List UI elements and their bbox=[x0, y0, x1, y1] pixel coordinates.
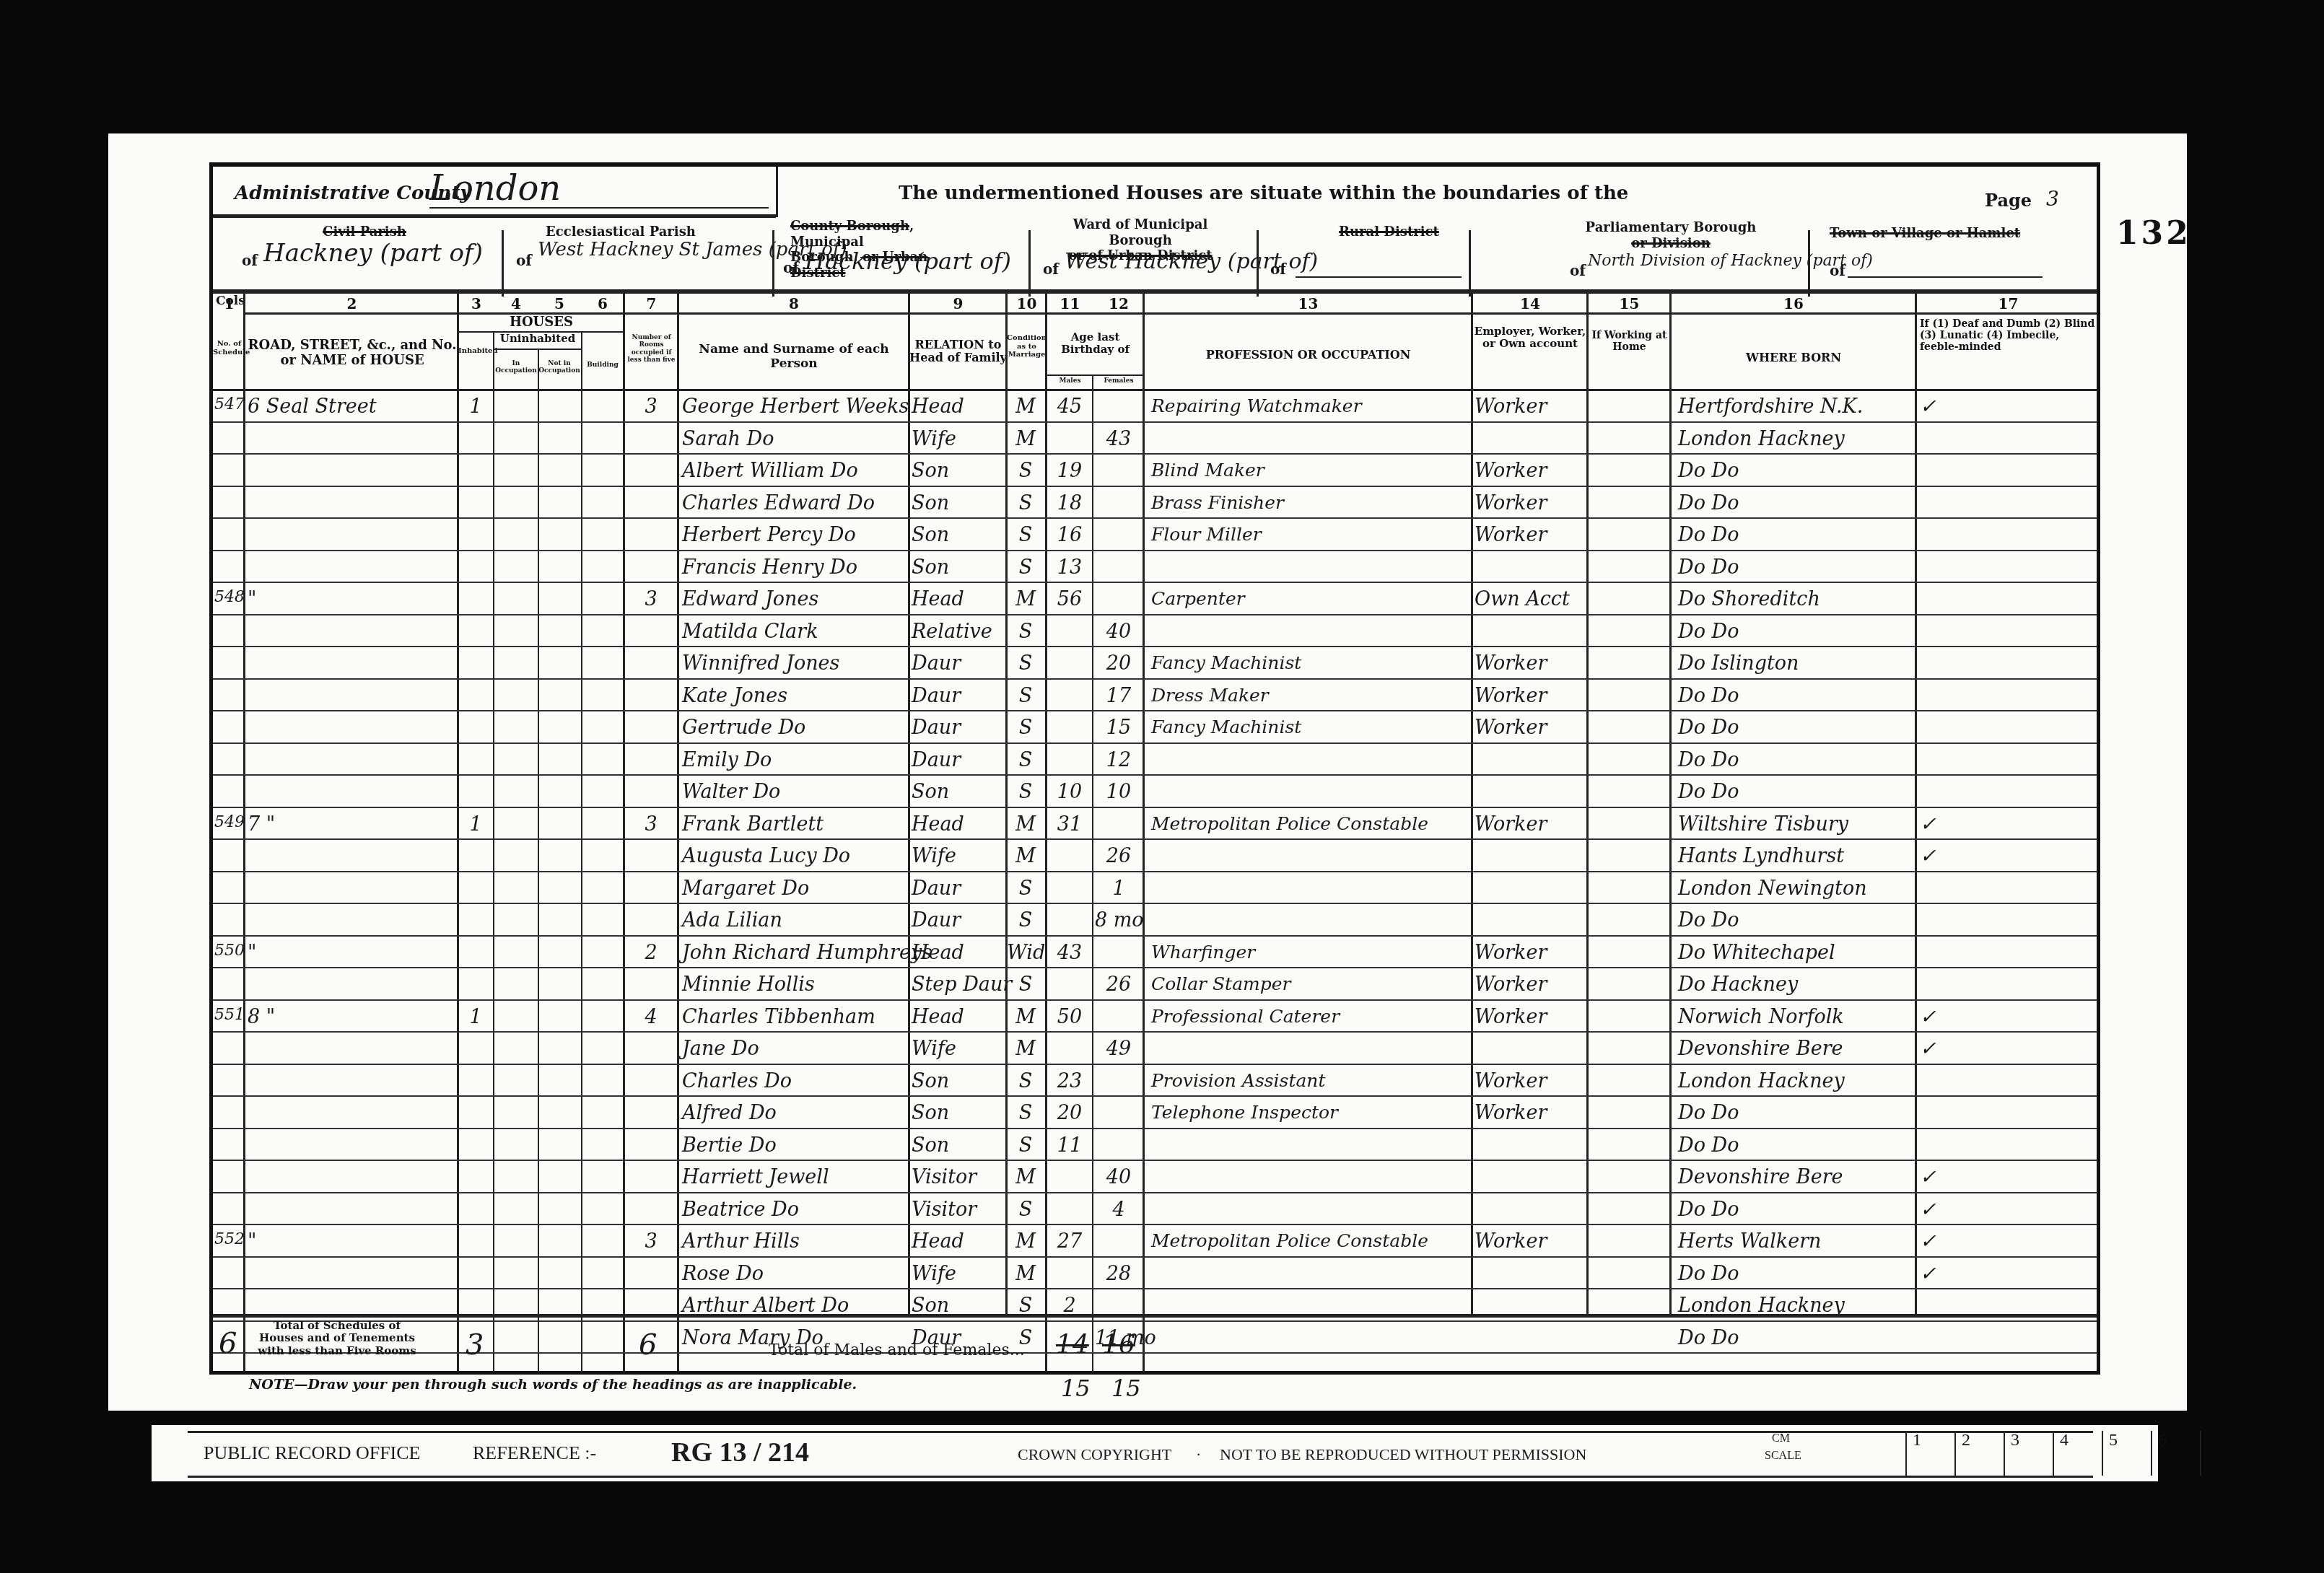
cell-where-born: London Hackney bbox=[1678, 1070, 1913, 1092]
row-rule bbox=[213, 517, 2097, 519]
cell-occupation: Repairing Watchmaker bbox=[1151, 395, 1469, 416]
cell-condition: M bbox=[1007, 1230, 1044, 1253]
cell-condition: M bbox=[1007, 1263, 1044, 1285]
cell-employment: Own Acct bbox=[1475, 588, 1584, 610]
cell-relation: Son bbox=[912, 460, 1004, 482]
cell-employment: Worker bbox=[1475, 524, 1584, 546]
cell-name: Beatrice Do bbox=[682, 1199, 907, 1221]
cell-name: Albert William Do bbox=[682, 460, 907, 482]
cell-condition: S bbox=[1007, 524, 1044, 546]
cell-where-born: Hertfordshire N.K. bbox=[1678, 395, 1913, 418]
cell-name: George Herbert Weeks bbox=[682, 395, 907, 418]
cell-relation: Daur bbox=[912, 685, 1004, 707]
cell-age-females: 10 bbox=[1095, 781, 1143, 803]
ecclesiastical-parish-label: Ecclesiastical Parish bbox=[538, 224, 704, 240]
cell-where-born: Do Whitechapel bbox=[1678, 942, 1913, 964]
cell-occupation: Wharfinger bbox=[1151, 942, 1469, 963]
cell-condition: S bbox=[1007, 652, 1044, 675]
cell-employment: Worker bbox=[1475, 685, 1584, 707]
footer-permission: NOT TO BE REPRODUCED WITHOUT PERMISSION bbox=[1220, 1445, 1586, 1464]
cell-relation: Visitor bbox=[912, 1199, 1004, 1221]
cell-rooms: 3 bbox=[626, 813, 676, 836]
cell-rooms: 3 bbox=[626, 1230, 676, 1253]
row-rule bbox=[213, 582, 2097, 583]
row-rule bbox=[213, 1256, 2097, 1258]
cell-relation: Son bbox=[912, 1102, 1004, 1124]
cell-occupation: Blind Maker bbox=[1151, 460, 1469, 481]
cell-where-born: Do Do bbox=[1678, 524, 1913, 546]
cell-relation: Head bbox=[912, 588, 1004, 610]
cell-name: Augusta Lucy Do bbox=[682, 845, 907, 867]
col-condition-header: Condition as to Marriage bbox=[1007, 334, 1047, 359]
row-rule bbox=[213, 1224, 2097, 1225]
cell-employment: Worker bbox=[1475, 1230, 1584, 1253]
cell-where-born: Herts Walkern bbox=[1678, 1230, 1913, 1253]
cell-condition: S bbox=[1007, 877, 1044, 900]
row-rule bbox=[213, 678, 2097, 680]
cell-age-males: 27 bbox=[1047, 1230, 1092, 1253]
cell-age-females: 26 bbox=[1095, 973, 1143, 996]
census-form: Administrative County London The underme… bbox=[209, 162, 2100, 1375]
cell-name: John Richard Humphreys bbox=[682, 942, 907, 964]
cell-condition: S bbox=[1007, 1134, 1044, 1157]
cell-where-born: Do Do bbox=[1678, 685, 1913, 707]
cell-where-born: Do Do bbox=[1678, 749, 1913, 771]
cell-address: 6 Seal Street bbox=[248, 395, 457, 418]
col-address-header: ROAD, STREET, &c., and No. or NAME of HO… bbox=[248, 338, 457, 368]
row-rule bbox=[213, 1352, 2097, 1354]
cell-name: Ada Lilian bbox=[682, 909, 907, 932]
cell-occupation: Carpenter bbox=[1151, 588, 1469, 609]
note-text: NOTE—Draw your pen through such words of… bbox=[249, 1377, 857, 1393]
cell-schedule: 550 bbox=[214, 942, 245, 960]
cell-age-males: 43 bbox=[1047, 942, 1092, 964]
cell-relation: Visitor bbox=[912, 1166, 1004, 1188]
cell-condition: S bbox=[1007, 909, 1044, 932]
row-rule bbox=[213, 871, 2097, 872]
cell-employment: Worker bbox=[1475, 813, 1584, 836]
row-rule bbox=[213, 838, 2097, 840]
cell-relation: Wife bbox=[912, 1038, 1004, 1060]
row-rule bbox=[213, 421, 2097, 423]
col-relation-header: RELATION to Head of Family bbox=[909, 338, 1007, 365]
header-statement: The undermentioned Houses are situate wi… bbox=[899, 183, 1628, 204]
cell-name: Walter Do bbox=[682, 781, 907, 803]
cell-name: Edward Jones bbox=[682, 588, 907, 610]
col-name-header: Name and Surname of each Person bbox=[689, 343, 899, 371]
cell-inhabited: 1 bbox=[458, 813, 493, 836]
cell-where-born: Do Do bbox=[1678, 717, 1913, 739]
cell-condition: S bbox=[1007, 492, 1044, 514]
cell-schedule: 547 bbox=[214, 395, 245, 413]
total-rooms: 6 bbox=[639, 1328, 657, 1362]
cell-where-born: Hants Lyndhurst bbox=[1678, 845, 1913, 867]
cell-condition: S bbox=[1007, 685, 1044, 707]
cell-condition: Wid bbox=[1007, 942, 1044, 964]
cell-condition: S bbox=[1007, 717, 1044, 739]
cell-age-females: 26 bbox=[1095, 845, 1143, 867]
cell-occupation: Provision Assistant bbox=[1151, 1070, 1469, 1091]
cell-employment: Worker bbox=[1475, 942, 1584, 964]
cell-age-males: 19 bbox=[1047, 460, 1092, 482]
cell-condition: M bbox=[1007, 428, 1044, 450]
cell-schedule: 552 bbox=[214, 1230, 245, 1248]
cell-condition: M bbox=[1007, 813, 1044, 836]
cell-name: Charles Do bbox=[682, 1070, 907, 1092]
col-employment-header: Employer, Worker, or Own account bbox=[1472, 325, 1588, 351]
cell-where-born: London Hackney bbox=[1678, 428, 1913, 450]
cell-where-born: Do Do bbox=[1678, 781, 1913, 803]
cell-where-born: Do Do bbox=[1678, 556, 1913, 579]
row-rule bbox=[213, 486, 2097, 487]
cell-occupation: Dress Maker bbox=[1151, 685, 1469, 706]
footer-office: PUBLIC RECORD OFFICE bbox=[204, 1442, 421, 1464]
cell-relation: Son bbox=[912, 1134, 1004, 1157]
cell-name: Gertrude Do bbox=[682, 717, 907, 739]
page-label: Page bbox=[1985, 190, 2032, 211]
row-rule bbox=[213, 903, 2097, 904]
cell-rooms: 3 bbox=[626, 588, 676, 610]
cell-condition: S bbox=[1007, 1102, 1044, 1124]
cell-age-males: 23 bbox=[1047, 1070, 1092, 1092]
cell-relation: Relative bbox=[912, 621, 1004, 643]
cell-where-born: Wiltshire Tisbury bbox=[1678, 813, 1913, 836]
cell-age-males: 18 bbox=[1047, 492, 1092, 514]
cell-name: Charles Edward Do bbox=[682, 492, 907, 514]
cell-relation: Daur bbox=[912, 652, 1004, 675]
cell-address: " bbox=[248, 942, 457, 964]
cell-employment: Worker bbox=[1475, 395, 1584, 418]
cell-condition: S bbox=[1007, 781, 1044, 803]
administrative-county-value: London bbox=[429, 168, 561, 209]
row-rule bbox=[213, 646, 2097, 647]
cell-age-females: 1 bbox=[1095, 877, 1143, 900]
row-rule bbox=[213, 1192, 2097, 1193]
row-rule bbox=[213, 935, 2097, 937]
cell-relation: Son bbox=[912, 492, 1004, 514]
parliamentary-borough-label: Parliamentary Boroughor Division bbox=[1584, 220, 1757, 251]
cell-condition: S bbox=[1007, 1199, 1044, 1221]
archive-footer: PUBLIC RECORD OFFICE REFERENCE :- RG 13 … bbox=[152, 1425, 2158, 1481]
col-uninhabited-group: Uninhabited bbox=[494, 333, 581, 345]
row-rule bbox=[213, 807, 2097, 808]
cell-relation: Head bbox=[912, 942, 1004, 964]
cell-relation: Son bbox=[912, 781, 1004, 803]
cell-where-born: Do Do bbox=[1678, 492, 1913, 514]
row-rule bbox=[213, 550, 2097, 551]
cell-address: 8 " bbox=[248, 1006, 457, 1028]
cell-name: Emily Do bbox=[682, 749, 907, 771]
cell-occupation: Metropolitan Police Constable bbox=[1151, 1230, 1469, 1251]
cell-relation: Step Daur bbox=[912, 973, 1004, 996]
cell-infirmity: ✓ bbox=[1920, 1038, 1963, 1060]
cell-where-born: Do Islington bbox=[1678, 652, 1913, 675]
row-rule bbox=[213, 1064, 2097, 1065]
cell-schedule: 551 bbox=[214, 1006, 245, 1024]
total-females: 16 bbox=[1102, 1330, 1135, 1359]
civil-parish-label: Civil Parish bbox=[278, 224, 451, 240]
cell-name: Margaret Do bbox=[682, 877, 907, 900]
row-rule bbox=[213, 742, 2097, 744]
cell-employment: Worker bbox=[1475, 460, 1584, 482]
row-rule bbox=[213, 1288, 2097, 1289]
col-where-born-header: WHERE BORN bbox=[1671, 351, 1916, 364]
cell-age-males: 50 bbox=[1047, 1006, 1092, 1028]
footer-copyright: CROWN COPYRIGHT bbox=[1018, 1445, 1171, 1464]
cell-relation: Daur bbox=[912, 749, 1004, 771]
cell-relation: Head bbox=[912, 1006, 1004, 1028]
cell-condition: S bbox=[1007, 556, 1044, 579]
cell-relation: Head bbox=[912, 813, 1004, 836]
cell-relation: Wife bbox=[912, 845, 1004, 867]
cell-where-born: Do Do bbox=[1678, 1327, 1913, 1349]
total-schedules-label: Total of Schedules of Houses and of Tene… bbox=[250, 1320, 424, 1357]
cell-age-females: 40 bbox=[1095, 1166, 1143, 1188]
cell-employment: Worker bbox=[1475, 973, 1584, 996]
total-males-females-label: Total of Males and of Females... bbox=[769, 1341, 1025, 1359]
cell-infirmity: ✓ bbox=[1920, 1006, 1963, 1028]
cell-occupation: Brass Finisher bbox=[1151, 492, 1469, 513]
col-houses-group: HOUSES bbox=[458, 315, 624, 330]
footer-reference-label: REFERENCE :- bbox=[473, 1442, 596, 1464]
cell-relation: Son bbox=[912, 1070, 1004, 1092]
cell-condition: S bbox=[1007, 1070, 1044, 1092]
cell-relation: Wife bbox=[912, 428, 1004, 450]
total-females-corrected: 15 bbox=[1111, 1375, 1141, 1402]
row-rule bbox=[213, 614, 2097, 615]
row-rule bbox=[213, 710, 2097, 711]
cell-age-females: 20 bbox=[1095, 652, 1143, 675]
cell-where-born: Do Do bbox=[1678, 1199, 1913, 1221]
cell-employment: Worker bbox=[1475, 652, 1584, 675]
cell-name: Sarah Do bbox=[682, 428, 907, 450]
cell-condition: M bbox=[1007, 588, 1044, 610]
col-infirmity-header: If (1) Deaf and Dumb (2) Blind (3) Lunat… bbox=[1920, 318, 2097, 353]
cell-employment: Worker bbox=[1475, 1102, 1584, 1124]
cell-inhabited: 1 bbox=[458, 395, 493, 418]
cell-where-born: Do Do bbox=[1678, 621, 1913, 643]
cell-age-males: 13 bbox=[1047, 556, 1092, 579]
town-village-label: Town or Village or Hamlet bbox=[1830, 226, 2020, 241]
folio-number: 132 bbox=[2116, 215, 2191, 252]
cell-name: Arthur Hills bbox=[682, 1230, 907, 1253]
cell-age-females: 17 bbox=[1095, 685, 1143, 707]
cell-age-females: 43 bbox=[1095, 428, 1143, 450]
col-inhabited-header: Inhabited bbox=[458, 347, 494, 356]
cell-where-born: Devonshire Bere bbox=[1678, 1038, 1913, 1060]
cell-occupation: Flour Miller bbox=[1151, 524, 1469, 545]
row-rule bbox=[213, 1095, 2097, 1097]
cell-name: Matilda Clark bbox=[682, 621, 907, 643]
cell-where-born: Do Do bbox=[1678, 1134, 1913, 1157]
cell-name: Winnifred Jones bbox=[682, 652, 907, 675]
cell-condition: M bbox=[1007, 395, 1044, 418]
cell-relation: Head bbox=[912, 395, 1004, 418]
cell-where-born: Do Hackney bbox=[1678, 973, 1913, 996]
row-rule bbox=[213, 1160, 2097, 1161]
borough-value: Hackney (part of) bbox=[805, 247, 1011, 275]
row-rule bbox=[213, 1128, 2097, 1129]
rural-district-label: Rural District bbox=[1339, 224, 1439, 240]
cell-rooms: 2 bbox=[626, 942, 676, 964]
cell-age-females: 49 bbox=[1095, 1038, 1143, 1060]
cell-employment: Worker bbox=[1475, 492, 1584, 514]
row-rule bbox=[213, 1031, 2097, 1033]
cell-infirmity: ✓ bbox=[1920, 1199, 1963, 1221]
total-schedules: 6 bbox=[219, 1327, 237, 1360]
cell-age-females: 8 mo bbox=[1095, 909, 1143, 932]
cell-condition: S bbox=[1007, 460, 1044, 482]
row-rule bbox=[213, 1320, 2097, 1322]
cell-name: Jane Do bbox=[682, 1038, 907, 1060]
cell-where-born: London Newington bbox=[1678, 877, 1913, 900]
row-rule bbox=[213, 453, 2097, 455]
cm-scale: 1 2 3 4 5 6 bbox=[1905, 1431, 2272, 1476]
cell-age-males: 20 bbox=[1047, 1102, 1092, 1124]
cell-name: Alfred Do bbox=[682, 1102, 907, 1124]
cell-name: Minnie Hollis bbox=[682, 973, 907, 996]
cell-age-males: 11 bbox=[1047, 1134, 1092, 1157]
cell-name: Bertie Do bbox=[682, 1134, 907, 1157]
cell-rooms: 4 bbox=[626, 1006, 676, 1028]
cell-schedule: 549 bbox=[214, 813, 245, 831]
cell-occupation: Collar Stamper bbox=[1151, 973, 1469, 994]
cell-employment: Worker bbox=[1475, 1070, 1584, 1092]
cell-occupation: Fancy Machinist bbox=[1151, 652, 1469, 673]
cell-condition: M bbox=[1007, 1166, 1044, 1188]
cell-where-born: Do Do bbox=[1678, 460, 1913, 482]
cell-address: " bbox=[248, 588, 457, 610]
total-inhabited: 3 bbox=[466, 1328, 484, 1362]
cell-name: Francis Henry Do bbox=[682, 556, 907, 579]
total-males: 14 bbox=[1056, 1330, 1089, 1359]
cell-infirmity: ✓ bbox=[1920, 813, 1963, 836]
cell-address: " bbox=[248, 1230, 457, 1253]
cell-occupation: Metropolitan Police Constable bbox=[1151, 813, 1469, 834]
col-working-home-header: If Working at Home bbox=[1588, 330, 1671, 353]
row-rule bbox=[213, 999, 2097, 1001]
cell-infirmity: ✓ bbox=[1920, 395, 1963, 418]
cell-condition: M bbox=[1007, 1038, 1044, 1060]
cell-name: Rose Do bbox=[682, 1263, 907, 1285]
cell-employment: Worker bbox=[1475, 717, 1584, 739]
cell-age-males: 31 bbox=[1047, 813, 1092, 836]
cell-condition: S bbox=[1007, 973, 1044, 996]
row-rule bbox=[213, 774, 2097, 776]
cell-infirmity: ✓ bbox=[1920, 1263, 1963, 1285]
row-rule bbox=[213, 967, 2097, 968]
cell-name: Harriett Jewell bbox=[682, 1166, 907, 1188]
cell-age-males: 45 bbox=[1047, 395, 1092, 418]
civil-parish-value: Hackney (part of) bbox=[263, 239, 483, 268]
cell-relation: Son bbox=[912, 556, 1004, 579]
cell-condition: S bbox=[1007, 621, 1044, 643]
cell-age-females: 4 bbox=[1095, 1199, 1143, 1221]
cell-condition: M bbox=[1007, 1006, 1044, 1028]
cell-condition: M bbox=[1007, 845, 1044, 867]
col-age-group: Age last Birthday of bbox=[1047, 331, 1144, 356]
cell-rooms: 3 bbox=[626, 395, 676, 418]
total-males-corrected: 15 bbox=[1061, 1375, 1091, 1402]
cell-relation: Daur bbox=[912, 717, 1004, 739]
cell-occupation: Professional Caterer bbox=[1151, 1006, 1469, 1027]
cell-relation: Daur bbox=[912, 909, 1004, 932]
cell-age-males: 56 bbox=[1047, 588, 1092, 610]
footer-reference: RG 13 / 214 bbox=[671, 1437, 809, 1468]
col-schedule-header: No. of Schedule bbox=[213, 340, 245, 356]
cell-infirmity: ✓ bbox=[1920, 1230, 1963, 1253]
cell-relation: Son bbox=[912, 524, 1004, 546]
cell-occupation: Telephone Inspector bbox=[1151, 1102, 1469, 1123]
cell-where-born: Devonshire Bere bbox=[1678, 1166, 1913, 1188]
cell-name: Kate Jones bbox=[682, 685, 907, 707]
cell-condition: S bbox=[1007, 749, 1044, 771]
cell-age-females: 15 bbox=[1095, 717, 1143, 739]
cell-name: Herbert Percy Do bbox=[682, 524, 907, 546]
cell-age-females: 28 bbox=[1095, 1263, 1143, 1285]
cell-inhabited: 1 bbox=[458, 1006, 493, 1028]
cell-employment: Worker bbox=[1475, 1006, 1584, 1028]
cell-schedule: 548 bbox=[214, 588, 245, 606]
cell-where-born: Do Shoreditch bbox=[1678, 588, 1913, 610]
cell-relation: Wife bbox=[912, 1263, 1004, 1285]
cell-address: 7 " bbox=[248, 813, 457, 836]
page-number: 3 bbox=[2046, 187, 2059, 211]
cell-name: Frank Bartlett bbox=[682, 813, 907, 836]
cell-infirmity: ✓ bbox=[1920, 1166, 1963, 1188]
cell-where-born: Do Do bbox=[1678, 1102, 1913, 1124]
col-occupation-header: PROFESSION OR OCCUPATION bbox=[1148, 349, 1469, 362]
cell-age-females: 12 bbox=[1095, 749, 1143, 771]
cell-age-males: 10 bbox=[1047, 781, 1092, 803]
cell-where-born: Norwich Norfolk bbox=[1678, 1006, 1913, 1028]
cell-infirmity: ✓ bbox=[1920, 845, 1963, 867]
cell-occupation: Fancy Machinist bbox=[1151, 717, 1469, 737]
cell-where-born: Do Do bbox=[1678, 909, 1913, 932]
cell-age-females: 40 bbox=[1095, 621, 1143, 643]
cell-relation: Daur bbox=[912, 877, 1004, 900]
cell-relation: Head bbox=[912, 1230, 1004, 1253]
cell-age-males: 16 bbox=[1047, 524, 1092, 546]
cell-where-born: Do Do bbox=[1678, 1263, 1913, 1285]
cell-name: Charles Tibbenham bbox=[682, 1006, 907, 1028]
